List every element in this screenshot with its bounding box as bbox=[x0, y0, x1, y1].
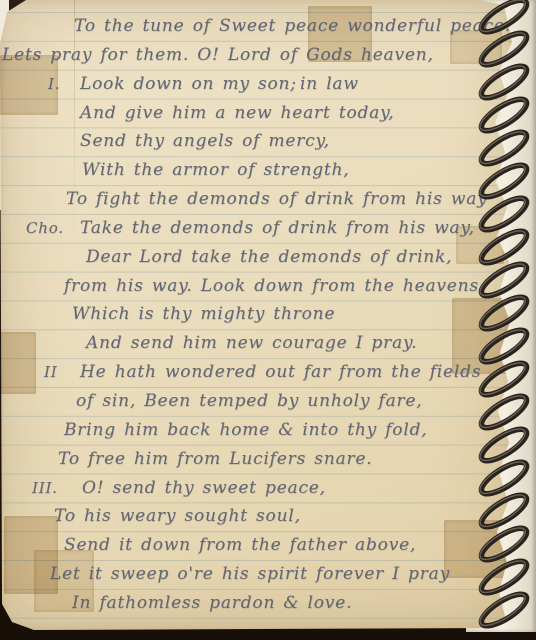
inserted-note: in law bbox=[300, 70, 359, 99]
line-text: Bring him back home & into thy fold, bbox=[64, 416, 427, 445]
handwritten-line: of sin, Been temped by unholy fare, bbox=[0, 387, 512, 416]
line-text: Send it down from the father above, bbox=[64, 531, 416, 560]
line-text: Send thy angels of mercy, bbox=[80, 127, 330, 156]
handwritten-line: With the armor of strength, bbox=[0, 156, 512, 185]
handwritten-line: from his way. Look down from the heavens bbox=[0, 272, 512, 301]
handwritten-line: To his weary sought soul, bbox=[0, 502, 512, 531]
line-text: In fathomless pardon & love. bbox=[72, 589, 352, 618]
spiral-binding bbox=[472, 0, 536, 640]
handwritten-line: II He hath wondered out far from the fie… bbox=[0, 358, 512, 387]
line-text: O! send thy sweet peace, bbox=[82, 474, 326, 503]
handwritten-line: Send thy angels of mercy, bbox=[0, 127, 512, 156]
line-text: And send him new courage I pray. bbox=[86, 329, 417, 358]
line-text: He hath wondered out far from the fields bbox=[80, 358, 481, 387]
verse-label: II bbox=[44, 358, 57, 387]
line-text: Look down on my son; bbox=[80, 70, 297, 99]
handwritten-text: To the tune of Sweet peace wonderful pea… bbox=[0, 12, 512, 618]
line-text: Dear Lord take the demonds of drink, bbox=[86, 243, 452, 272]
line-text: And give him a new heart today, bbox=[80, 99, 394, 128]
handwritten-line: III. O! send thy sweet peace, bbox=[0, 474, 512, 503]
notebook-page: To the tune of Sweet peace wonderful pea… bbox=[0, 0, 512, 630]
handwritten-line: Send it down from the father above, bbox=[0, 531, 512, 560]
line-text: of sin, Been temped by unholy fare, bbox=[76, 387, 423, 416]
line-text: Lets pray for them. O! Lord of Gods heav… bbox=[2, 41, 434, 70]
handwritten-line: To fight the demonds of drink from his w… bbox=[0, 185, 512, 214]
handwritten-line: And give him a new heart today, bbox=[0, 99, 512, 128]
handwritten-line: Bring him back home & into thy fold, bbox=[0, 416, 512, 445]
handwritten-line: In fathomless pardon & love. bbox=[0, 589, 512, 618]
handwritten-line: Which is thy mighty throne bbox=[0, 300, 512, 329]
line-text: Take the demonds of drink from his way, bbox=[80, 214, 475, 243]
handwritten-line: Dear Lord take the demonds of drink, bbox=[0, 243, 512, 272]
handwritten-line: And send him new courage I pray. bbox=[0, 329, 512, 358]
verse-label: I. bbox=[48, 70, 60, 99]
line-text: With the armor of strength, bbox=[82, 156, 349, 185]
handwritten-line: Cho. Take the demonds of drink from his … bbox=[0, 214, 512, 243]
line-text: To his weary sought soul, bbox=[54, 502, 301, 531]
handwritten-line: Lets pray for them. O! Lord of Gods heav… bbox=[0, 41, 512, 70]
handwritten-line: To the tune of Sweet peace wonderful pea… bbox=[0, 12, 512, 41]
line-text: To fight the demonds of drink from his w… bbox=[66, 185, 488, 214]
line-text: Which is thy mighty throne bbox=[72, 300, 335, 329]
line-text: Let it sweep o're his spirit forever I p… bbox=[50, 560, 450, 589]
line-text: To the tune of Sweet peace wonderful pea… bbox=[74, 12, 511, 41]
handwritten-line: Let it sweep o're his spirit forever I p… bbox=[0, 560, 512, 589]
line-text: To free him from Lucifers snare. bbox=[58, 445, 373, 474]
chorus-label: Cho. bbox=[26, 214, 64, 243]
handwritten-line: To free him from Lucifers snare. bbox=[0, 445, 512, 474]
line-text: from his way. Look down from the heavens bbox=[64, 272, 479, 301]
handwritten-line: I. Look down on my son; in law bbox=[0, 70, 512, 99]
verse-label: III. bbox=[32, 474, 58, 503]
